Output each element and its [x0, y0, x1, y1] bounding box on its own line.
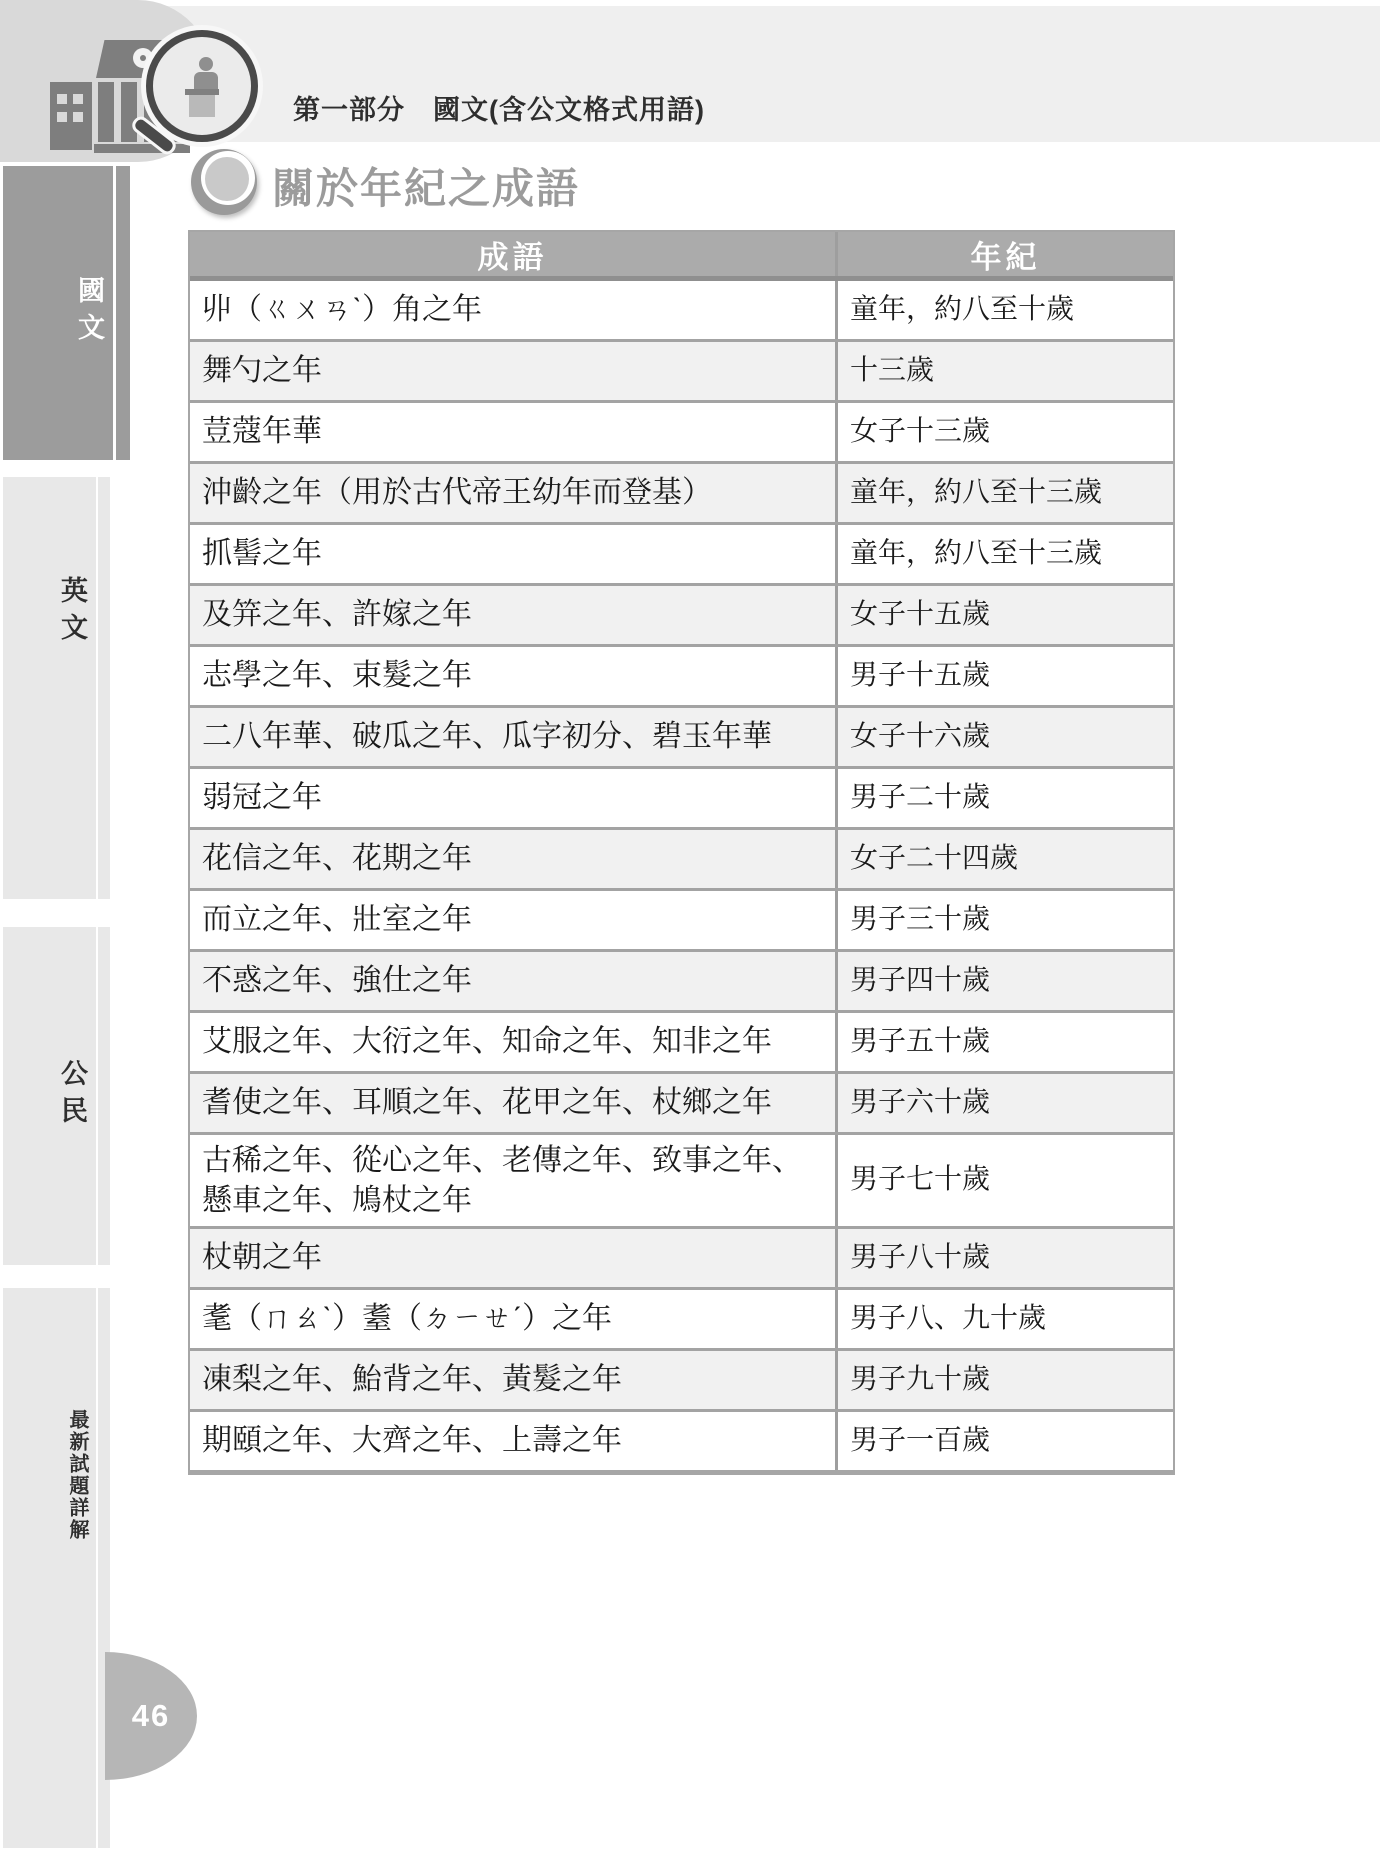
- age-cell: 女子十三歲: [835, 403, 1173, 461]
- idiom-cell: 抓髻之年: [190, 525, 835, 583]
- part-title: 第一部分 國文(含公文格式用語): [293, 88, 705, 127]
- age-cell: 男子八、九十歲: [835, 1290, 1173, 1348]
- age-cell: 男子十五歲: [835, 647, 1173, 705]
- page-number-tab: 46: [105, 1652, 197, 1780]
- age-cell: 女子十五歲: [835, 586, 1173, 644]
- age-cell: 男子四十歲: [835, 952, 1173, 1010]
- idiom-cell: 沖齡之年（用於古代帝王幼年而登基）: [190, 464, 835, 522]
- podium: [189, 95, 215, 117]
- age-cell: 女子十六歲: [835, 708, 1173, 766]
- age-cell: 男子三十歲: [835, 891, 1173, 949]
- age-cell: 童年，約八至十歲: [835, 281, 1173, 339]
- sidebar-tab-label: 公民: [53, 1059, 92, 1133]
- idiom-cell: 期頤之年、大齊之年、上壽之年: [190, 1412, 835, 1470]
- building-annex: [50, 82, 92, 150]
- sidebar-tab-label: 英文: [53, 576, 92, 650]
- table-row: 荳蔻年華女子十三歲: [190, 400, 1173, 461]
- idiom-cell: 凍梨之年、鮐背之年、黃髮之年: [190, 1351, 835, 1409]
- column-header-age: 年紀: [835, 232, 1173, 276]
- building-column: [121, 82, 137, 142]
- table-row: 耆使之年、耳順之年、花甲之年、杖鄉之年男子六十歲: [190, 1071, 1173, 1132]
- table-row: 二八年華、破瓜之年、瓜字初分、碧玉年華女子十六歲: [190, 705, 1173, 766]
- table-row: 花信之年、花期之年女子二十四歲: [190, 827, 1173, 888]
- idiom-cell: 而立之年、壯室之年: [190, 891, 835, 949]
- page-number: 46: [132, 1698, 170, 1734]
- table-row: 弱冠之年男子二十歲: [190, 766, 1173, 827]
- sidebar-tab-chinese: 國文: [3, 166, 113, 460]
- age-cell: 女子二十四歲: [835, 830, 1173, 888]
- sidebar-tab-label: 最新試題詳解: [63, 1409, 92, 1541]
- table-row: 抓髻之年童年，約八至十三歲: [190, 522, 1173, 583]
- idiom-cell: 古稀之年、從心之年、老傳之年、致事之年、懸車之年、鳩杖之年: [190, 1135, 835, 1226]
- age-cell: 男子六十歲: [835, 1074, 1173, 1132]
- table-body: 丱（ㄍㄨㄢˋ）角之年童年，約八至十歲舞勺之年十三歲荳蔻年華女子十三歲沖齡之年（用…: [190, 281, 1173, 1470]
- chapter-logo: [0, 0, 215, 162]
- idiom-age-table: 成語 年紀 丱（ㄍㄨㄢˋ）角之年童年，約八至十歲舞勺之年十三歲荳蔻年華女子十三歲…: [188, 230, 1175, 1475]
- table-row: 古稀之年、從心之年、老傳之年、致事之年、懸車之年、鳩杖之年男子七十歲: [190, 1132, 1173, 1226]
- section-title: 關於年紀之成語: [272, 156, 580, 216]
- sidebar-tab-civics: 公民: [3, 927, 96, 1265]
- table-row: 杖朝之年男子八十歲: [190, 1226, 1173, 1287]
- table-row: 不惑之年、強仕之年男子四十歲: [190, 949, 1173, 1010]
- section-bullet-icon: [191, 149, 257, 215]
- age-cell: 男子九十歲: [835, 1351, 1173, 1409]
- table-row: 沖齡之年（用於古代帝王幼年而登基）童年，約八至十三歲: [190, 461, 1173, 522]
- age-cell: 男子二十歲: [835, 769, 1173, 827]
- column-header-idiom: 成語: [190, 232, 835, 276]
- idiom-cell: 舞勺之年: [190, 342, 835, 400]
- age-cell: 童年，約八至十三歲: [835, 464, 1173, 522]
- idiom-cell: 弱冠之年: [190, 769, 835, 827]
- table-row: 艾服之年、大衍之年、知命之年、知非之年男子五十歲: [190, 1010, 1173, 1071]
- magnifier-icon: [146, 30, 258, 142]
- table-row: 及笄之年、許嫁之年女子十五歲: [190, 583, 1173, 644]
- idiom-cell: 二八年華、破瓜之年、瓜字初分、碧玉年華: [190, 708, 835, 766]
- idiom-cell: 荳蔻年華: [190, 403, 835, 461]
- idiom-cell: 杖朝之年: [190, 1229, 835, 1287]
- speaker-figure: [199, 57, 213, 71]
- age-cell: 男子七十歲: [835, 1135, 1173, 1226]
- idiom-cell: 艾服之年、大衍之年、知命之年、知非之年: [190, 1013, 835, 1071]
- idiom-cell: 及笄之年、許嫁之年: [190, 586, 835, 644]
- age-cell: 童年，約八至十三歲: [835, 525, 1173, 583]
- age-cell: 十三歲: [835, 342, 1173, 400]
- table-row: 而立之年、壯室之年男子三十歲: [190, 888, 1173, 949]
- book-page: 第一部分 國文(含公文格式用語) 國文英文公民最新試題詳解 關於年紀之成語 成語…: [0, 0, 1380, 1859]
- idiom-cell: 不惑之年、強仕之年: [190, 952, 835, 1010]
- idiom-cell: 花信之年、花期之年: [190, 830, 835, 888]
- building-column: [98, 82, 114, 142]
- idiom-cell: 耆使之年、耳順之年、花甲之年、杖鄉之年: [190, 1074, 835, 1132]
- idiom-cell: 丱（ㄍㄨㄢˋ）角之年: [190, 281, 835, 339]
- table-row: 期頤之年、大齊之年、上壽之年男子一百歲: [190, 1409, 1173, 1470]
- idiom-cell: 志學之年、束髮之年: [190, 647, 835, 705]
- table-row: 志學之年、束髮之年男子十五歲: [190, 644, 1173, 705]
- table-row: 舞勺之年十三歲: [190, 339, 1173, 400]
- sidebar-tab-latest-exam-solutions: 最新試題詳解: [3, 1288, 96, 1848]
- idiom-cell: 耄（ㄇㄠˋ）耋（ㄉㄧㄝˊ）之年: [190, 1290, 835, 1348]
- table-row: 丱（ㄍㄨㄢˋ）角之年童年，約八至十歲: [190, 281, 1173, 339]
- sidebar-tab-english: 英文: [3, 477, 96, 899]
- age-cell: 男子一百歲: [835, 1412, 1173, 1470]
- sidebar-tab-label: 國文: [70, 276, 109, 350]
- age-cell: 男子八十歲: [835, 1229, 1173, 1287]
- age-cell: 男子五十歲: [835, 1013, 1173, 1071]
- table-row: 凍梨之年、鮐背之年、黃髮之年男子九十歲: [190, 1348, 1173, 1409]
- table-row: 耄（ㄇㄠˋ）耋（ㄉㄧㄝˊ）之年男子八、九十歲: [190, 1287, 1173, 1348]
- building-base: [94, 144, 190, 153]
- table-header-row: 成語 年紀: [190, 232, 1173, 281]
